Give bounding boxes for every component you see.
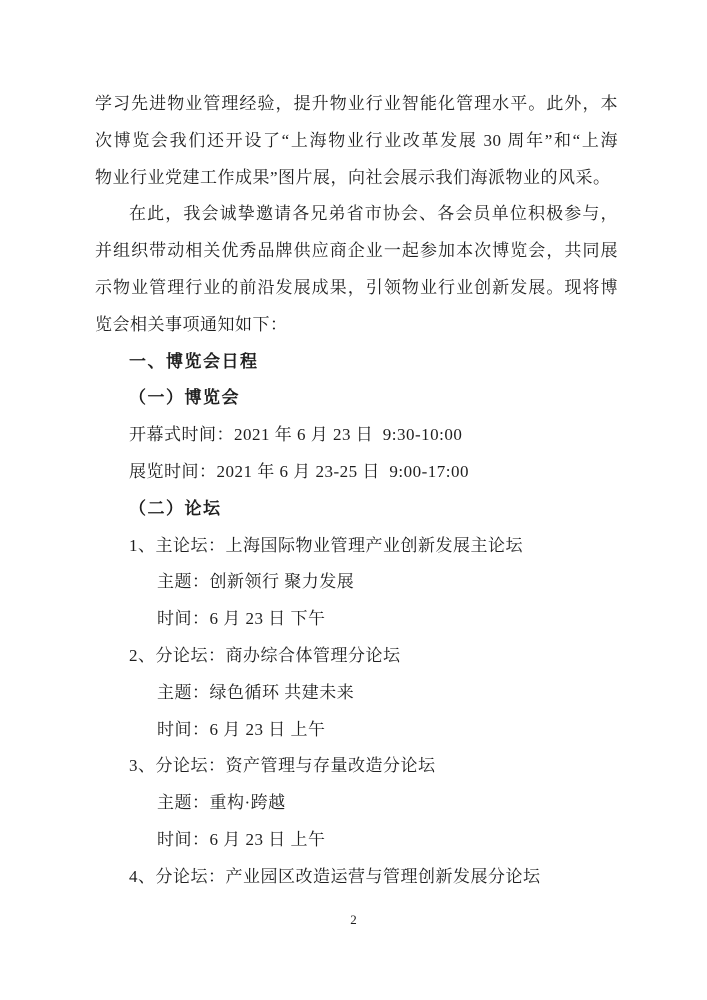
forum-3-title: 3、分论坛：资产管理与存量改造分论坛 <box>95 748 618 785</box>
forum-2-time: 时间：6 月 23 日 上午 <box>95 712 618 749</box>
forum-2-theme: 主题：绿色循环 共建未来 <box>95 675 618 712</box>
forum-1-time: 时间：6 月 23 日 下午 <box>95 601 618 638</box>
subsection-heading-forum: （二）论坛 <box>95 491 618 528</box>
expo-opening-time: 开幕式时间：2021 年 6 月 23 日 9:30-10:00 <box>95 417 618 454</box>
subsection-heading-expo: （一）博览会 <box>95 380 618 417</box>
forum-1-theme: 主题：创新领行 聚力发展 <box>95 564 618 601</box>
paragraph-2-line-2: 并组织带动相关优秀品牌供应商企业一起参加本次博览会，共同展 <box>95 233 618 270</box>
paragraph-2-line-3: 示物业管理行业的前沿发展成果，引领物业行业创新发展。现将博 <box>95 270 618 307</box>
expo-exhibition-time: 展览时间：2021 年 6 月 23-25 日 9:00-17:00 <box>95 454 618 491</box>
document-body: 学习先进物业管理经验，提升物业行业智能化管理水平。此外，本次博览会我们还开设了“… <box>95 86 618 896</box>
forum-3-time: 时间：6 月 23 日 上午 <box>95 822 618 859</box>
paragraph-2-line-4: 览会相关事项通知如下： <box>95 307 618 344</box>
forum-2-title: 2、分论坛：商办综合体管理分论坛 <box>95 638 618 675</box>
document-page: 学习先进物业管理经验，提升物业行业智能化管理水平。此外，本次博览会我们还开设了“… <box>0 0 707 1000</box>
paragraph-1-line-1: 学习先进物业管理经验，提升物业行业智能化管理水平。此外，本 <box>95 86 618 123</box>
section-heading-1: 一、博览会日程 <box>95 344 618 381</box>
paragraph-1-line-2: 次博览会我们还开设了“上海物业行业改革发展 30 周年”和“上海 <box>95 123 618 160</box>
forum-4-title: 4、分论坛：产业园区改造运营与管理创新发展分论坛 <box>95 859 618 896</box>
forum-1-title: 1、主论坛：上海国际物业管理产业创新发展主论坛 <box>95 528 618 565</box>
paragraph-1-line-3: 物业行业党建工作成果”图片展，向社会展示我们海派物业的风采。 <box>95 160 618 197</box>
page-number: 2 <box>0 911 707 928</box>
paragraph-2-line-1: 在此，我会诚挚邀请各兄弟省市协会、各会员单位积极参与， <box>95 196 618 233</box>
forum-3-theme: 主题：重构·跨越 <box>95 785 618 822</box>
